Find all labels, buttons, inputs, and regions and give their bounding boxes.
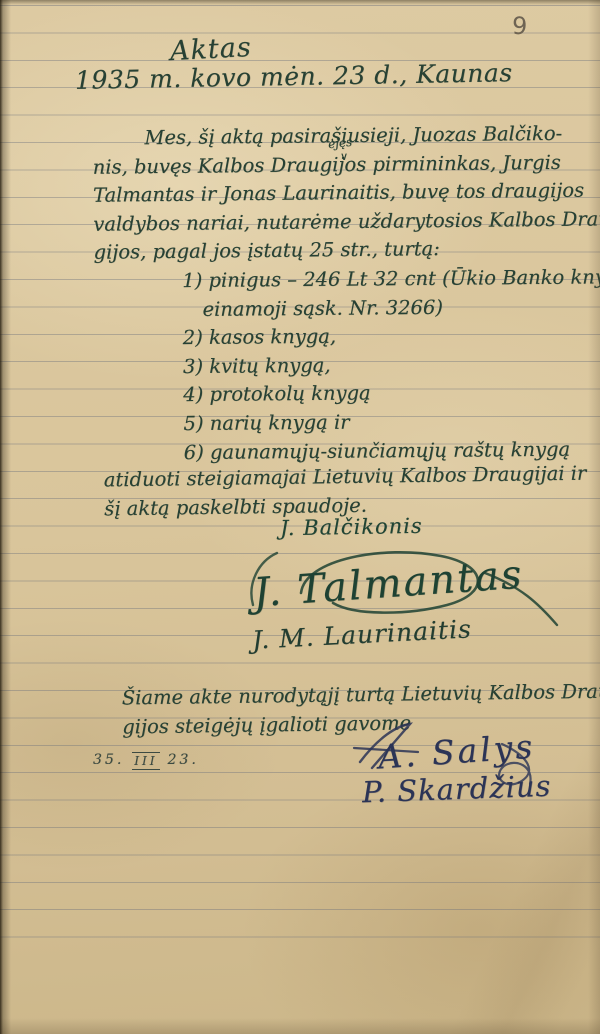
inventory-list: 1) pinigus – 246 Lt 32 cnt (Ūkio Banko k… <box>182 263 600 467</box>
scanned-document-page: 9 Aktas 1935 m. kovo mėn. 23 d., Kaunas … <box>0 0 600 1034</box>
document-dateline: 1935 m. kovo mėn. 23 d., Kaunas <box>75 58 513 95</box>
date-note-month-roman: III <box>132 752 159 770</box>
page-number: 9 <box>512 12 528 41</box>
list-item: 4) protokolų knygą <box>183 377 600 410</box>
list-item: 1) pinigus – 246 Lt 32 cnt (Ūkio Banko k… <box>182 263 600 296</box>
date-note-year: 35. <box>93 752 124 770</box>
list-item: 3) kvitų knygą, <box>183 349 600 382</box>
interline-insertion: ėjęs <box>327 135 352 151</box>
insertion-caret-mark: ∨ <box>340 150 348 163</box>
signature-balcikonis: J. Balčikonis <box>280 514 423 540</box>
paragraph-line: valdybos nariai, nutarėme uždarytosios K… <box>93 205 600 239</box>
date-note: 35. III 23. <box>93 752 199 770</box>
closing-paragraph: atiduoti steigiamajai Lietuvių Kalbos Dr… <box>104 460 587 524</box>
list-item: 5) narių knygą ir <box>183 406 600 439</box>
list-item: 2) kasos knygą, <box>183 320 600 353</box>
list-item-continuation: einamoji sąsk. Nr. 3266) <box>182 292 600 325</box>
date-note-day: 23. <box>168 752 199 770</box>
document-title: Aktas <box>169 32 252 67</box>
signature-skardzius: P. Skardžius <box>361 769 551 810</box>
paragraph-line: gijos, pagal jos įstatų 25 str., turtą: <box>93 234 600 268</box>
